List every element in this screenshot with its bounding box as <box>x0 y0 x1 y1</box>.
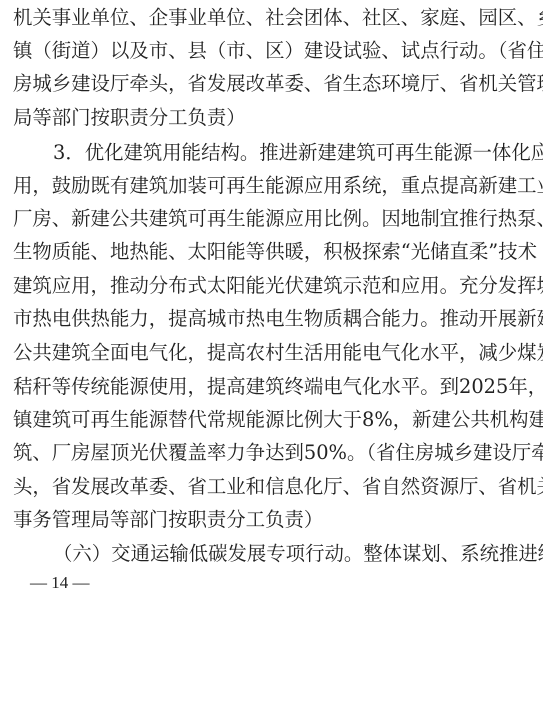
text-line-6: 用，鼓励既有建筑加装可再生能源应用系统，重点提高新建工业 <box>13 174 494 198</box>
text-line-15: 头，省发展改革委、省工业和信息化厅、省自然资源厅、省机关 <box>13 475 494 499</box>
text-line-9: 建筑应用，推动分布式太阳能光伏建筑示范和应用。充分发挥城 <box>13 274 494 298</box>
text-line-16: 事务管理局等部门按职责分工负责） <box>13 508 494 532</box>
text-line-2: 镇（街道）以及市、县（市、区）建设试验、试点行动。（省住 <box>13 39 494 63</box>
text-line-17-section-heading: （六）交通运输低碳发展专项行动。整体谋划、系统推进绿 <box>53 542 494 566</box>
text-line-3: 房城乡建设厅牵头，省发展改革委、省生态环境厅、省机关管理 <box>13 72 494 96</box>
text-line-5-section-heading: 3．优化建筑用能结构。推进新建建筑可再生能源一体化应 <box>53 141 494 165</box>
text-line-4: 局等部门按职责分工负责） <box>13 106 494 130</box>
text-line-11: 公共建筑全面电气化，提高农村生活用能电气化水平，减少煤炭、 <box>13 341 494 365</box>
document-page: 机关事业单位、企事业单位、社会团体、社区、家庭、园区、乡 镇（街道）以及市、县（… <box>0 0 543 713</box>
page-number: — 14 — <box>30 572 90 594</box>
text-line-14: 筑、厂房屋顶光伏覆盖率力争达到50%。（省住房城乡建设厅牵 <box>13 441 494 465</box>
text-line-1: 机关事业单位、企事业单位、社会团体、社区、家庭、园区、乡 <box>13 6 494 30</box>
text-line-10: 市热电供热能力，提高城市热电生物质耦合能力。推动开展新建 <box>13 307 494 331</box>
text-line-12: 秸秆等传统能源使用，提高建筑终端电气化水平。到2025年，城 <box>13 375 494 399</box>
text-line-13: 镇建筑可再生能源替代常规能源比例大于8%，新建公共机构建 <box>13 408 494 432</box>
text-line-7: 厂房、新建公共建筑可再生能源应用比例。因地制宜推行热泵、 <box>13 207 494 231</box>
text-line-8: 生物质能、地热能、太阳能等供暖，积极探索“光储直柔”技术 <box>13 240 494 264</box>
